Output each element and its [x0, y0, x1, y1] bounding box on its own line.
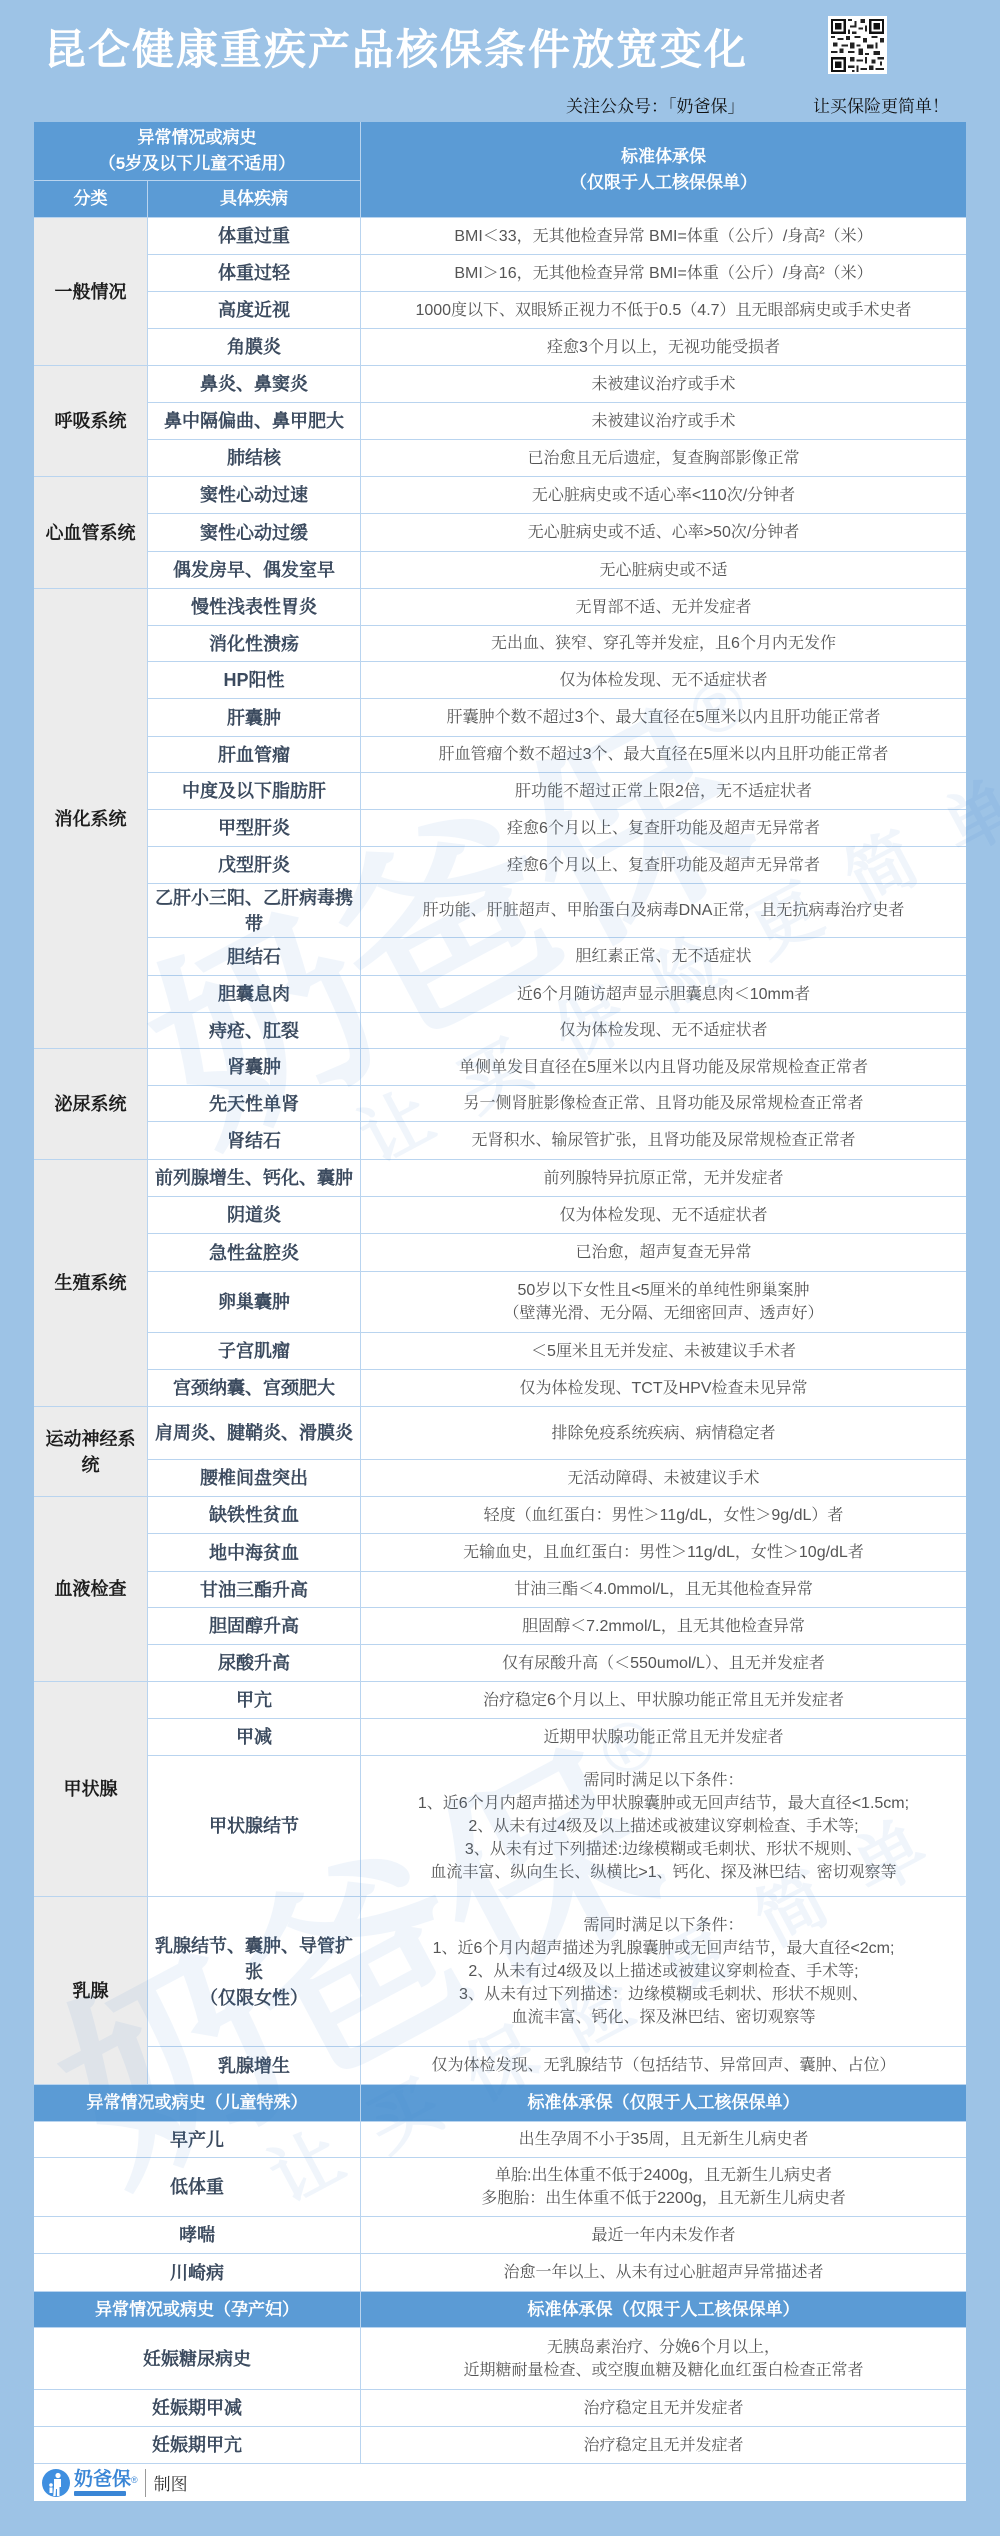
condition-line: 另一侧肾脏影像检查正常、且肾功能及尿常规检查正常者: [463, 1092, 863, 1115]
section-header-children-right: 标准体承保（仅限于人工核保保单）: [361, 2085, 966, 2121]
condition-cell: 50岁以下女性且<5厘米的单纯性卵巢案肿（壁薄光滑、无分隔、无细密回声、透声好）: [361, 1272, 966, 1332]
condition-line: 单侧单发目直径在5厘米以内且肾功能及尿常规检查正常者: [459, 1056, 868, 1079]
condition-line: 2、从未有过4级及以上描述或被建议穿刺检查、手术等;: [468, 1960, 858, 1983]
condition-line: 甘油三酯＜4.0mmol/L，且无其他检查异常: [514, 1578, 813, 1601]
brand-name-text: 奶爸保: [74, 2469, 131, 2490]
disease-cell: 尿酸升高: [148, 1645, 360, 1681]
disease-cell: 腰椎间盘突出: [148, 1460, 360, 1496]
condition-line: 2、从未有过4级及以上描述或被建议穿刺检查、手术等;: [468, 1815, 858, 1838]
section-header-pregnant-right: 标准体承保（仅限于人工核保保单）: [361, 2292, 966, 2327]
page-title: 昆仑健康重疾产品核保条件放宽变化: [44, 24, 748, 76]
disease-cell: 早产儿: [34, 2122, 360, 2157]
disease-cell: 妊娠期甲减: [34, 2390, 360, 2426]
disease-label: 体重过轻: [218, 260, 290, 286]
header-label: （5岁及以下儿童不适用）: [99, 151, 295, 177]
disease-label: 窦性心动过缓: [200, 520, 308, 546]
condition-cell: 无心脏病史或不适、心率>50次/分钟者: [361, 514, 966, 551]
condition-line: 无胰岛素治疗、分娩6个月以上，: [547, 2336, 780, 2359]
header-label: 分类: [74, 186, 108, 212]
header-label: （仅限于人工核保保单）: [570, 170, 757, 196]
disease-label: 甲状腺结节: [209, 1813, 299, 1839]
condition-cell: 胆红素正常、无不适症状: [361, 938, 966, 975]
disease-cell: 乳腺结节、囊肿、导管扩张（仅限女性）: [148, 1897, 360, 2046]
disease-cell: 甲减: [148, 1719, 360, 1755]
condition-line: 3、从未有过下列描述：边缘模糊或毛刺状、形状不规则、: [459, 1983, 868, 2006]
condition-line: 痊愈6个月以上、复查肝功能及超声无异常者: [507, 817, 820, 840]
condition-cell: 已治愈且无后遗症，复查胸部影像正常: [361, 440, 966, 476]
condition-cell: 无心脏病史或不适心率<110次/分钟者: [361, 477, 966, 513]
condition-cell: 需同时满足以下条件：1、近6个月内超声描述为甲状腺囊肿或无回声结节，最大直径<1…: [361, 1756, 966, 1896]
condition-line: 近6个月随访超声显示胆囊息肉＜10mm者: [517, 983, 810, 1006]
disease-cell: 偶发房早、偶发室早: [148, 552, 360, 588]
disease-cell: 宫颈纳囊、宫颈肥大: [148, 1370, 360, 1406]
header-disease: 具体疾病: [148, 181, 360, 217]
category-label: 乳腺: [73, 1978, 109, 2004]
disease-cell: HP阳性: [148, 662, 360, 698]
disease-cell: 体重过重: [148, 218, 360, 254]
disease-label: 肾结石: [227, 1128, 281, 1154]
condition-line: ＜5厘米且无并发症、未被建议手术者: [531, 1340, 796, 1363]
condition-cell: 仅有尿酸升高（＜550umol/L）、且无并发症者: [361, 1645, 966, 1681]
disease-cell: 甘油三酯升高: [148, 1572, 360, 1607]
condition-line: 需同时满足以下条件：: [583, 1914, 743, 1937]
header-category: 分类: [34, 181, 147, 217]
disease-label: 体重过重: [218, 223, 290, 249]
condition-line: 轻度（血红蛋白：男性＞11g/dL，女性＞9g/dL）者: [484, 1504, 844, 1527]
condition-cell: 无胰岛素治疗、分娩6个月以上，近期糖耐量检查、或空腹血糖及糖化血红蛋白检查正常者: [361, 2328, 966, 2389]
disease-label: 肩周炎、腱鞘炎、滑膜炎: [155, 1420, 353, 1446]
condition-line: 无心脏病史或不适心率<110次/分钟者: [532, 484, 795, 507]
condition-cell: 治疗稳定6个月以上、甲状腺功能正常且无并发症者: [361, 1682, 966, 1718]
condition-cell: 轻度（血红蛋白：男性＞11g/dL，女性＞9g/dL）者: [361, 1497, 966, 1533]
disease-label: 消化性溃疡: [209, 631, 299, 657]
condition-cell: 1000度以下、双眼矫正视力不低于0.5（4.7）且无眼部病史或手术史者: [361, 292, 966, 328]
condition-cell: ＜5厘米且无并发症、未被建议手术者: [361, 1333, 966, 1369]
disease-cell: 乳腺增生: [148, 2047, 360, 2084]
disease-label: 甲型肝炎: [218, 815, 290, 841]
condition-line: 多胞胎：出生体重不低于2200g，且无新生儿病史者: [481, 2187, 846, 2210]
brand-logo-icon: [42, 2469, 70, 2497]
category-cell: 一般情况: [34, 218, 147, 365]
disease-cell: 肝囊肿: [148, 699, 360, 736]
category-label: 甲状腺: [64, 1776, 118, 1802]
condition-line: 仅有尿酸升高（＜550umol/L）、且无并发症者: [502, 1652, 825, 1675]
disease-cell: 甲状腺结节: [148, 1756, 360, 1896]
disease-cell: 角膜炎: [148, 329, 360, 365]
condition-line: 血流丰富、钙化、探及淋巴结、密切观察等: [511, 2006, 815, 2029]
condition-cell: 前列腺特异抗原正常，无并发症者: [361, 1160, 966, 1196]
brand-name: 奶爸保®: [74, 2470, 138, 2490]
disease-label: 急性盆腔炎: [209, 1240, 299, 1266]
category-label: 生殖系统: [55, 1270, 127, 1296]
condition-cell: 仅为体检发现、无不适症状者: [361, 1197, 966, 1233]
disease-label: 鼻炎、鼻窦炎: [200, 371, 308, 397]
condition-cell: BMI＞16，无其他检查异常 BMI=体重（公斤）/身高²（米）: [361, 255, 966, 291]
condition-line: 无肾积水、输尿管扩张，且肾功能及尿常规检查正常者: [471, 1129, 855, 1152]
disease-cell: 胆固醇升高: [148, 1608, 360, 1644]
condition-cell: 治疗稳定且无并发症者: [361, 2390, 966, 2426]
disease-label: 肾囊肿: [227, 1054, 281, 1080]
section-header-children-left: 异常情况或病史（儿童特殊）: [34, 2085, 360, 2121]
disease-label: 慢性浅表性胃炎: [191, 594, 317, 620]
disease-label: 乳腺增生: [218, 2053, 290, 2079]
condition-cell: 单侧单发目直径在5厘米以内且肾功能及尿常规检查正常者: [361, 1049, 966, 1085]
disease-label: 窦性心动过速: [200, 482, 308, 508]
header-label: 标准体承保（仅限于人工核保保单）: [528, 2090, 800, 2116]
condition-line: 最近一年内未发作者: [591, 2224, 735, 2247]
disease-cell: 甲型肝炎: [148, 810, 360, 846]
condition-line: 治疗稳定且无并发症者: [583, 2434, 743, 2457]
disease-label: 中度及以下脂肪肝: [182, 778, 326, 804]
category-label: 泌尿系统: [55, 1091, 127, 1117]
disease-label: 低体重: [170, 2174, 224, 2200]
condition-cell: 近期甲状腺功能正常且无并发症者: [361, 1719, 966, 1755]
condition-line: 需同时满足以下条件：: [583, 1769, 743, 1792]
footer-credit-text: 制图: [154, 2470, 188, 2495]
category-label: 心血管系统: [46, 520, 136, 546]
disease-cell: 子宫肌瘤: [148, 1333, 360, 1369]
disease-label: 甲亢: [236, 1687, 272, 1713]
condition-cell: 治疗稳定且无并发症者: [361, 2427, 966, 2463]
condition-cell: 未被建议治疗或手术: [361, 366, 966, 402]
condition-line: 痊愈6个月以上、复查肝功能及超声无异常者: [507, 854, 820, 877]
category-cell: 生殖系统: [34, 1160, 147, 1406]
disease-label: 乳腺结节、囊肿、导管扩张: [154, 1933, 354, 1985]
slogan-text: 让买保险更简单！: [813, 95, 949, 119]
disease-label: 鼻中隔偏曲、鼻甲肥大: [164, 408, 344, 434]
condition-cell: 胆固醇＜7.2mmol/L，且无其他检查异常: [361, 1608, 966, 1644]
disease-cell: 鼻中隔偏曲、鼻甲肥大: [148, 403, 360, 439]
condition-cell: 痊愈6个月以上、复查肝功能及超声无异常者: [361, 847, 966, 883]
disease-label: 甘油三酯升高: [200, 1577, 308, 1603]
condition-cell: 治愈一年以上、从未有过心脏超声异常描述者: [361, 2254, 966, 2291]
disease-label: 肺结核: [227, 445, 281, 471]
condition-line: 仅为体检发现、无不适症状者: [559, 669, 767, 692]
condition-cell: 无出血、狭窄、穿孔等并发症，且6个月内无发作: [361, 626, 966, 661]
disease-cell: 肾结石: [148, 1122, 360, 1159]
condition-line: 50岁以下女性且<5厘米的单纯性卵巢案肿: [517, 1279, 809, 1302]
disease-label: 高度近视: [218, 297, 290, 323]
disease-label: 尿酸升高: [218, 1650, 290, 1676]
category-label: 运动神经系统: [40, 1426, 141, 1478]
disease-label: 前列腺增生、钙化、囊肿: [155, 1165, 353, 1191]
condition-line: 无活动障碍、未被建议手术: [567, 1467, 759, 1490]
condition-line: 仅为体检发现、无不适症状者: [559, 1019, 767, 1042]
category-label: 一般情况: [55, 279, 127, 305]
condition-line: 治愈一年以上、从未有过心脏超声异常描述者: [503, 2261, 823, 2284]
disease-label: 甲减: [236, 1724, 272, 1750]
condition-cell: 需同时满足以下条件：1、近6个月内超声描述为乳腺囊肿或无回声结节，最大直径<2c…: [361, 1897, 966, 2046]
condition-line: BMI＞16，无其他检查异常 BMI=体重（公斤）/身高²（米）: [454, 262, 872, 285]
brand-logo: 奶爸保®: [74, 2470, 138, 2496]
disease-cell: 消化性溃疡: [148, 626, 360, 661]
condition-line: 仅为体检发现、TCT及HPV检查未见异常: [519, 1377, 807, 1400]
condition-line: 血流丰富、纵向生长、纵横比>1、钙化、探及淋巴结、密切观察等: [430, 1861, 896, 1884]
condition-cell: 最近一年内未发作者: [361, 2217, 966, 2253]
condition-line: 无胃部不适、无并发症者: [575, 596, 751, 619]
disease-cell: 高度近视: [148, 292, 360, 328]
underwriting-table: 奶爸保® 制图 异常情况或病史（5岁及以下儿童不适用）分类具体疾病标准体承保（仅…: [34, 122, 966, 2501]
disease-label: 胆囊息肉: [218, 981, 290, 1007]
disease-label: 宫颈纳囊、宫颈肥大: [173, 1375, 335, 1401]
disease-label: 肝血管瘤: [218, 742, 290, 768]
disease-label: 妊娠期甲亢: [152, 2432, 242, 2458]
disease-label: 早产儿: [170, 2127, 224, 2153]
condition-line: 排除免疫系统疾病、病情稳定者: [551, 1422, 775, 1445]
disease-label: 先天性单肾: [209, 1091, 299, 1117]
header-abnormal-history: 异常情况或病史（5岁及以下儿童不适用）: [34, 122, 360, 180]
condition-cell: 另一侧肾脏影像检查正常、且肾功能及尿常规检查正常者: [361, 1086, 966, 1121]
condition-cell: 仅为体检发现、无不适症状者: [361, 1013, 966, 1048]
section-header-pregnant-left: 异常情况或病史（孕产妇）: [34, 2292, 360, 2327]
disease-cell: 胆结石: [148, 938, 360, 975]
condition-cell: 已治愈，超声复查无异常: [361, 1234, 966, 1271]
condition-line: BMI＜33，无其他检查异常 BMI=体重（公斤）/身高²（米）: [454, 225, 872, 248]
footer-divider: [145, 2469, 146, 2497]
disease-cell: 戊型肝炎: [148, 847, 360, 883]
condition-line: 已治愈，超声复查无异常: [575, 1241, 751, 1264]
disease-cell: 窦性心动过缓: [148, 514, 360, 551]
category-cell: 呼吸系统: [34, 366, 147, 476]
condition-cell: 无输血史，且血红蛋白：男性＞11g/dL，女性＞10g/dL者: [361, 1534, 966, 1571]
condition-cell: 甘油三酯＜4.0mmol/L，且无其他检查异常: [361, 1572, 966, 1607]
disease-cell: 肾囊肿: [148, 1049, 360, 1085]
condition-cell: BMI＜33，无其他检查异常 BMI=体重（公斤）/身高²（米）: [361, 218, 966, 254]
condition-cell: 无心脏病史或不适: [361, 552, 966, 588]
disease-cell: 缺铁性贫血: [148, 1497, 360, 1533]
header-label: 标准体承保: [621, 144, 706, 170]
brand-tagline-bar: [74, 2491, 126, 2496]
disease-cell: 肺结核: [148, 440, 360, 476]
header-standard: 标准体承保（仅限于人工核保保单）: [361, 122, 966, 217]
disease-label: 缺铁性贫血: [209, 1502, 299, 1528]
disease-cell: 妊娠期甲亢: [34, 2427, 360, 2463]
category-cell: 血液检查: [34, 1497, 147, 1681]
disease-cell: 川崎病: [34, 2254, 360, 2291]
condition-line: 近期甲状腺功能正常且无并发症者: [543, 1726, 783, 1749]
disease-label: 戊型肝炎: [218, 852, 290, 878]
condition-cell: 痊愈3个月以上，无视功能受损者: [361, 329, 966, 365]
disease-cell: 先天性单肾: [148, 1086, 360, 1121]
footer-credit-row: 奶爸保® 制图: [34, 2464, 966, 2501]
condition-cell: 肝功能、肝脏超声、甲胎蛋白及病毒DNA正常，且无抗病毒治疗史者: [361, 884, 966, 937]
disease-cell: 哮喘: [34, 2217, 360, 2253]
disease-label: HP阳性: [223, 667, 284, 693]
category-cell: 甲状腺: [34, 1682, 147, 1896]
disease-cell: 鼻炎、鼻窦炎: [148, 366, 360, 402]
condition-line: 仅为体检发现、无乳腺结节（包括结节、异常回声、囊肿、占位）: [431, 2054, 895, 2077]
category-label: 呼吸系统: [55, 408, 127, 434]
disease-label: 川崎病: [170, 2260, 224, 2286]
disease-cell: 肝血管瘤: [148, 737, 360, 772]
condition-cell: 仅为体检发现、无不适症状者: [361, 662, 966, 698]
disease-cell: 痔疮、肛裂: [148, 1013, 360, 1048]
condition-cell: 无胃部不适、无并发症者: [361, 589, 966, 625]
qr-code[interactable]: [828, 16, 887, 74]
disease-cell: 前列腺增生、钙化、囊肿: [148, 1160, 360, 1196]
qr-code-icon: [831, 19, 884, 72]
condition-line: 1、近6个月内超声描述为甲状腺囊肿或无回声结节，最大直径<1.5cm;: [418, 1792, 909, 1815]
disease-label: 地中海贫血: [209, 1540, 299, 1566]
condition-line: 前列腺特异抗原正常，无并发症者: [543, 1167, 783, 1190]
disease-cell: 肩周炎、腱鞘炎、滑膜炎: [148, 1407, 360, 1459]
condition-line: 治疗稳定6个月以上、甲状腺功能正常且无并发症者: [483, 1689, 844, 1712]
disease-cell: 阴道炎: [148, 1197, 360, 1233]
disease-note: （仅限女性）: [200, 1985, 308, 2011]
condition-line: 无心脏病史或不适、心率>50次/分钟者: [528, 521, 800, 544]
category-cell: 乳腺: [34, 1897, 147, 2084]
disease-label: 阴道炎: [227, 1202, 281, 1228]
condition-line: 未被建议治疗或手术: [591, 410, 735, 433]
condition-cell: 肝功能不超过正常上限2倍，无不适症状者: [361, 773, 966, 809]
disease-label: 腰椎间盘突出: [200, 1465, 308, 1491]
disease-label: 偶发房早、偶发室早: [173, 557, 335, 583]
disease-cell: 窦性心动过速: [148, 477, 360, 513]
condition-cell: 排除免疫系统疾病、病情稳定者: [361, 1407, 966, 1459]
header-label: 异常情况或病史: [138, 125, 257, 151]
condition-line: 1000度以下、双眼矫正视力不低于0.5（4.7）且无眼部病史或手术史者: [415, 299, 911, 322]
disease-cell: 急性盆腔炎: [148, 1234, 360, 1271]
condition-line: 仅为体检发现、无不适症状者: [559, 1204, 767, 1227]
disease-cell: 地中海贫血: [148, 1534, 360, 1571]
condition-line: 肝功能不超过正常上限2倍，无不适症状者: [515, 780, 812, 803]
disease-label: 妊娠期甲减: [152, 2395, 242, 2421]
category-cell: 泌尿系统: [34, 1049, 147, 1159]
disease-label: 卵巢囊肿: [218, 1289, 290, 1315]
condition-line: 单胎:出生体重不低于2400g，且无新生儿病史者: [495, 2164, 832, 2187]
condition-line: 痊愈3个月以上，无视功能受损者: [547, 336, 780, 359]
disease-label: 痔疮、肛裂: [209, 1018, 299, 1044]
disease-cell: 甲亢: [148, 1682, 360, 1718]
disease-cell: 妊娠糖尿病史: [34, 2328, 360, 2389]
condition-line: 未被建议治疗或手术: [591, 373, 735, 396]
disease-label: 角膜炎: [227, 334, 281, 360]
disease-label: 子宫肌瘤: [218, 1338, 290, 1364]
disease-cell: 乙肝小三阳、乙肝病毒携带: [148, 884, 360, 937]
condition-line: 出生孕周不小于35周，且无新生儿病史者: [519, 2128, 809, 2151]
condition-cell: 出生孕周不小于35周，且无新生儿病史者: [361, 2122, 966, 2157]
header-label: 标准体承保（仅限于人工核保保单）: [528, 2297, 800, 2323]
condition-line: 胆红素正常、无不适症状: [575, 945, 751, 968]
condition-line: 肝血管瘤个数不超过3个、最大直径在5厘米以内且肝功能正常者: [439, 743, 889, 766]
condition-line: 无心脏病史或不适: [599, 559, 727, 582]
disease-cell: 慢性浅表性胃炎: [148, 589, 360, 625]
disease-label: 哮喘: [179, 2222, 215, 2248]
condition-cell: 单胎:出生体重不低于2400g，且无新生儿病史者多胞胎：出生体重不低于2200g…: [361, 2158, 966, 2216]
condition-cell: 无活动障碍、未被建议手术: [361, 1460, 966, 1496]
disease-cell: 卵巢囊肿: [148, 1272, 360, 1332]
condition-cell: 仅为体检发现、TCT及HPV检查未见异常: [361, 1370, 966, 1406]
condition-line: 无输血史，且血红蛋白：男性＞11g/dL，女性＞10g/dL者: [463, 1541, 864, 1564]
condition-line: 肝囊肿个数不超过3个、最大直径在5厘米以内且肝功能正常者: [447, 706, 881, 729]
category-label: 血液检查: [55, 1576, 127, 1602]
disease-label: 胆结石: [227, 944, 281, 970]
disease-label: 妊娠糖尿病史: [143, 2346, 251, 2372]
condition-cell: 痊愈6个月以上、复查肝功能及超声无异常者: [361, 810, 966, 846]
condition-cell: 仅为体检发现、无乳腺结节（包括结节、异常回声、囊肿、占位）: [361, 2047, 966, 2084]
disease-cell: 胆囊息肉: [148, 976, 360, 1012]
condition-line: 已治愈且无后遗症，复查胸部影像正常: [527, 447, 799, 470]
registered-mark: ®: [131, 2475, 138, 2485]
condition-cell: 近6个月随访超声显示胆囊息肉＜10mm者: [361, 976, 966, 1012]
condition-line: 无出血、狭窄、穿孔等并发症，且6个月内无发作: [491, 632, 836, 655]
condition-line: 治疗稳定且无并发症者: [583, 2397, 743, 2420]
follow-account-text: 关注公众号：「奶爸保」: [566, 95, 745, 119]
condition-line: （壁薄光滑、无分隔、无细密回声、透声好）: [503, 1302, 823, 1325]
disease-cell: 低体重: [34, 2158, 360, 2216]
disease-cell: 中度及以下脂肪肝: [148, 773, 360, 809]
condition-line: 1、近6个月内超声描述为乳腺囊肿或无回声结节，最大直径<2cm;: [433, 1937, 895, 1960]
disease-label: 乙肝小三阳、乙肝病毒携带: [154, 885, 354, 937]
condition-cell: 无肾积水、输尿管扩张，且肾功能及尿常规检查正常者: [361, 1122, 966, 1159]
condition-cell: 肝囊肿个数不超过3个、最大直径在5厘米以内且肝功能正常者: [361, 699, 966, 736]
condition-cell: 肝血管瘤个数不超过3个、最大直径在5厘米以内且肝功能正常者: [361, 737, 966, 772]
header-label: 异常情况或病史（儿童特殊）: [87, 2090, 308, 2116]
infographic-page: 昆仑健康重疾产品核保条件放宽变化 关注公众号：「奶爸保」 让买保险更简单！: [0, 0, 1000, 2536]
condition-line: 胆固醇＜7.2mmol/L，且无其他检查异常: [522, 1615, 805, 1638]
header-label: 具体疾病: [220, 186, 288, 212]
header-label: 异常情况或病史（孕产妇）: [95, 2297, 299, 2323]
category-cell: 运动神经系统: [34, 1407, 147, 1496]
disease-cell: 体重过轻: [148, 255, 360, 291]
disease-label: 胆固醇升高: [209, 1613, 299, 1639]
condition-cell: 未被建议治疗或手术: [361, 403, 966, 439]
category-label: 消化系统: [55, 806, 127, 832]
disease-label: 肝囊肿: [227, 705, 281, 731]
condition-line: 近期糖耐量检查、或空腹血糖及糖化血红蛋白检查正常者: [463, 2359, 863, 2382]
category-cell: 心血管系统: [34, 477, 147, 588]
condition-line: 肝功能、肝脏超声、甲胎蛋白及病毒DNA正常，且无抗病毒治疗史者: [423, 899, 905, 922]
category-cell: 消化系统: [34, 589, 147, 1048]
condition-line: 3、从未有过下列描述:边缘模糊或毛刺状、形状不规则、: [465, 1838, 862, 1861]
